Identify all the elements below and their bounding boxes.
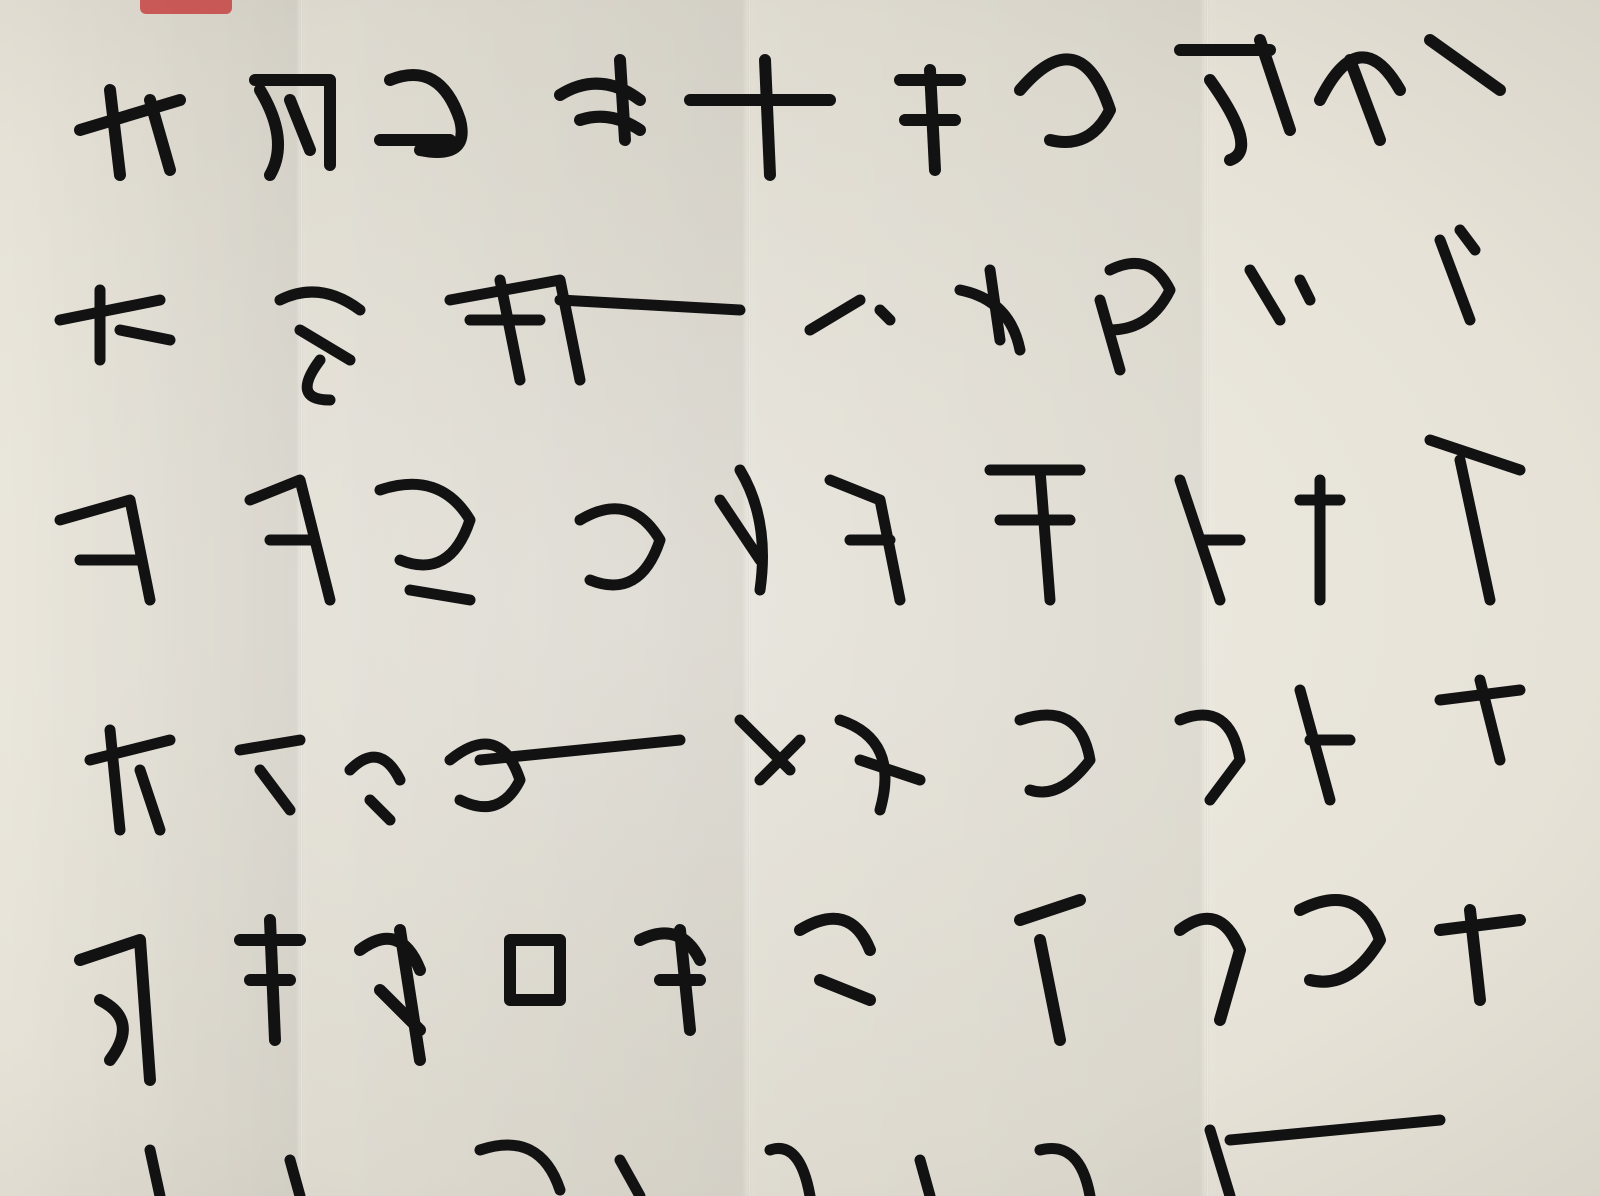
- calligraphy-ink: [0, 0, 1600, 1196]
